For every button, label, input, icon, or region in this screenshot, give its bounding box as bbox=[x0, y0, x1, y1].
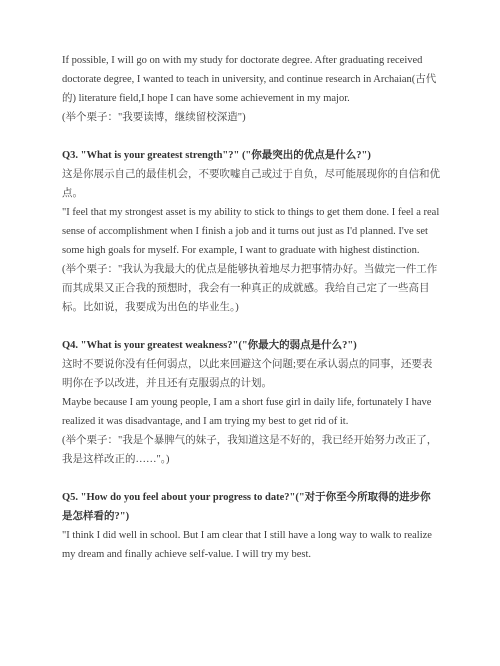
question-q3-heading: Q3. "What is your greatest strength"?" (… bbox=[62, 146, 440, 165]
question-q4-advice-text: 这时不要说你没有任何弱点，以此来回避这个问题;要在承认弱点的同事，还要表明你在予… bbox=[62, 355, 440, 393]
question-q4-heading: Q4. "What is your greatest weakness?"("你… bbox=[62, 336, 440, 355]
question-q4-answer-text: Maybe because I am young people, I am a … bbox=[62, 393, 440, 431]
question-section-q3: Q3. "What is your greatest strength"?" (… bbox=[62, 146, 440, 317]
question-section-q4: Q4. "What is your greatest weakness?"("你… bbox=[62, 336, 440, 469]
intro-answer-text: If possible, I will go on with my study … bbox=[62, 51, 440, 108]
document-page: If possible, I will go on with my study … bbox=[0, 0, 500, 666]
question-q4-example-text: (举个栗子："我是个暴脾气的妹子，我知道这是不好的，我已经开始努力改正了，我是这… bbox=[62, 431, 440, 469]
question-q3-example-text: (举个栗子："我认为我最大的优点是能够执着地尽力把事情办好。当做完一件工作而其成… bbox=[62, 260, 440, 317]
question-section-q5: Q5. "How do you feel about your progress… bbox=[62, 488, 440, 564]
question-q3-answer-text: "I feel that my strongest asset is my ab… bbox=[62, 203, 440, 260]
intro-example-text: (举个栗子："我要读博，继续留校深造") bbox=[62, 108, 440, 127]
question-q3-advice-text: 这是你展示自己的最佳机会，不要吹嘘自己或过于自负，尽可能展现你的自信和优点。 bbox=[62, 165, 440, 203]
question-q5-answer-text: "I think I did well in school. But I am … bbox=[62, 526, 440, 564]
intro-section: If possible, I will go on with my study … bbox=[62, 51, 440, 127]
question-q5-heading: Q5. "How do you feel about your progress… bbox=[62, 488, 440, 526]
